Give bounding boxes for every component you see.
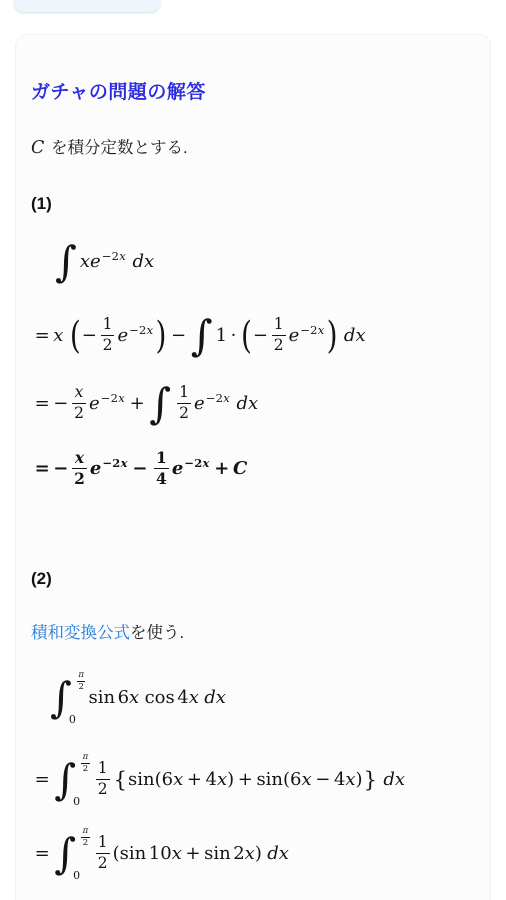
math-token: d <box>132 251 144 272</box>
math-token: 4 <box>156 469 167 488</box>
math-token: 2 <box>72 468 87 487</box>
math-token: − <box>132 458 147 479</box>
equation-answer-1: =−x2e−2x−14e−2x+C <box>31 450 475 488</box>
left-brace: { <box>114 768 127 792</box>
math-token: x <box>172 843 182 864</box>
math-token: π20 <box>72 671 86 725</box>
math-token: e <box>90 458 101 479</box>
math-token: e <box>90 458 101 479</box>
math-token: x <box>72 384 86 402</box>
math-token: sin <box>204 843 231 864</box>
math-token: 4 <box>154 468 169 487</box>
fraction: x2 <box>72 449 87 487</box>
math-var-C: C <box>31 138 44 158</box>
section-gap <box>31 488 475 533</box>
math-token: + <box>238 769 253 790</box>
fraction: 12 <box>272 316 286 354</box>
math-token: dx <box>204 687 226 708</box>
math-token: ∫ <box>149 382 171 426</box>
math-token: π20 <box>76 827 90 881</box>
math-token: − <box>184 456 194 470</box>
math-token: = <box>35 843 50 864</box>
math-token: 4 <box>334 769 345 790</box>
math-token: = <box>35 325 50 346</box>
math-token: sin( <box>128 769 162 790</box>
math-token: π <box>77 671 86 682</box>
math-token: = <box>35 458 50 479</box>
math-token: 2x <box>233 843 255 864</box>
math-token: e <box>89 393 100 414</box>
fraction: 14 <box>154 449 169 487</box>
math-token: d <box>344 325 356 346</box>
math-token: d <box>383 769 395 790</box>
math-token: 2 <box>177 403 191 422</box>
math-token: 1 <box>149 843 160 864</box>
math-token: = <box>35 393 50 414</box>
math-token: 2 <box>274 336 284 354</box>
math-token: x <box>203 456 210 470</box>
math-token: 2 <box>272 335 286 354</box>
math-token: x <box>345 769 355 790</box>
math-token: 1 <box>179 383 189 401</box>
math-token: d <box>267 843 279 864</box>
math-token: π <box>81 827 90 838</box>
math-token: 2 <box>233 843 244 864</box>
math-token: π2 <box>81 753 90 775</box>
math-token: cos <box>145 687 175 708</box>
fraction: 12 <box>101 316 115 354</box>
math-token: −2x <box>102 249 126 263</box>
math-token: x <box>118 391 125 405</box>
math-token: ) <box>356 769 363 790</box>
math-token: x <box>245 843 255 864</box>
math-token: − <box>206 391 216 405</box>
math-token: − <box>82 325 97 346</box>
math-token: e <box>289 325 300 346</box>
math-token: π2 <box>77 671 86 693</box>
math-token: 0 <box>73 869 80 882</box>
math-token: dx <box>236 393 258 414</box>
math-token: sin <box>88 687 115 708</box>
math-token: 2 <box>72 403 86 422</box>
sekiwa-formula-link[interactable]: 積和変換公式 <box>31 624 130 642</box>
math-token: − <box>300 323 310 337</box>
math-token: 6x <box>118 687 140 708</box>
math-token: x <box>216 687 226 708</box>
math-token: − <box>102 456 112 470</box>
math-token: 1 <box>154 449 169 467</box>
method-paragraph: 積和変換公式を使う. <box>31 619 475 643</box>
math-token: − <box>129 323 139 337</box>
math-token: x <box>121 456 128 470</box>
math-token: − <box>53 393 68 414</box>
math-token: 1 <box>216 325 227 346</box>
big-right-paren: ) <box>155 317 166 355</box>
header-pill-button[interactable] <box>14 0 160 12</box>
article-title-link[interactable]: ガチャの問題の解答 <box>31 77 475 104</box>
math-token: 1 <box>96 760 110 778</box>
math-token: x <box>173 769 183 790</box>
math-token: 4x <box>334 769 356 790</box>
math-token: 2 <box>81 764 90 774</box>
math-token: −2x <box>206 391 230 405</box>
fraction: 12 <box>96 834 110 872</box>
math-token: 6 <box>162 769 173 790</box>
math-token: x <box>75 448 84 467</box>
math-token: xe <box>80 251 101 272</box>
math-token: x <box>144 251 154 272</box>
math-token: sin( <box>256 769 290 790</box>
math-token: 2 <box>112 456 120 470</box>
equation-by-parts: =x(−12e−2x)−∫1·(−12e−2x)dx <box>31 314 475 358</box>
math-token: 1 <box>272 316 286 334</box>
math-token: 1 <box>103 315 113 333</box>
math-token: 2 <box>310 323 318 337</box>
math-token: x <box>355 325 365 346</box>
math-token: + <box>214 458 229 479</box>
math-token: 2 <box>96 779 110 798</box>
math-token: 4x <box>177 687 199 708</box>
math-token: 2 <box>101 335 115 354</box>
math-token: dx <box>344 325 366 346</box>
math-token: 2 <box>96 853 110 872</box>
math-token: ) <box>255 843 262 864</box>
fraction: 12 <box>96 760 110 798</box>
math-token: ∫ <box>191 314 213 358</box>
math-token: C <box>233 458 247 479</box>
math-token: x <box>395 769 405 790</box>
math-token: dx <box>132 251 154 272</box>
math-token: 1 <box>274 315 284 333</box>
integral-sign: ∫ <box>191 314 213 358</box>
math-token: 1 <box>96 834 110 852</box>
math-token: e <box>90 251 101 272</box>
math-token: 0 <box>73 795 80 808</box>
math-token: (sin <box>113 843 147 864</box>
math-token: 2 <box>103 336 113 354</box>
section-2-label: (2) <box>31 569 475 589</box>
math-token: d <box>204 687 216 708</box>
math-token: 2 <box>74 469 85 488</box>
math-token: 2 <box>83 838 88 848</box>
article-card: ガチャの問題の解答 C を積分定数とする. (1) ∫xe−2xdx =x(−1… <box>15 34 491 900</box>
equation-definite-integral: ∫π20sin6xcos4xdx <box>49 671 475 725</box>
math-token: ) <box>227 769 234 790</box>
integral-sign: ∫π20 <box>50 671 85 725</box>
math-token: e <box>117 325 128 346</box>
math-token: 0 <box>69 714 86 725</box>
math-token: d <box>236 393 248 414</box>
math-token: dx <box>267 843 289 864</box>
math-token: x <box>129 687 139 708</box>
fraction: x2 <box>72 384 86 422</box>
math-token: 1 <box>98 833 108 851</box>
math-token: e <box>194 393 205 414</box>
fraction: 12 <box>177 384 191 422</box>
math-token: 2 <box>179 404 189 422</box>
math-token: 1 <box>98 759 108 777</box>
math-token: + <box>185 843 200 864</box>
math-token: ∫ <box>55 240 77 284</box>
math-token: 2 <box>194 456 202 470</box>
equation-simplified: =−x2e−2x+∫12e−2xdx <box>31 382 475 426</box>
integral-sign: ∫π20 <box>54 827 89 881</box>
integral-sign: ∫ <box>149 382 171 426</box>
math-token: x <box>189 687 199 708</box>
math-token: − <box>171 325 186 346</box>
math-token: 2 <box>98 780 108 798</box>
math-token: x <box>318 323 325 337</box>
math-token: − <box>102 249 112 263</box>
math-token: dx <box>383 769 405 790</box>
math-token: 2 <box>74 404 84 422</box>
math-token: −2x <box>101 391 125 405</box>
big-left-paren: ( <box>70 317 81 355</box>
method-text: を使う. <box>130 624 184 642</box>
math-token: x <box>75 383 84 401</box>
math-token: 0 <box>160 843 171 864</box>
math-token: 6 <box>118 687 129 708</box>
math-token: π <box>81 753 90 764</box>
math-token: 6x <box>162 769 184 790</box>
math-token: − <box>101 391 111 405</box>
math-token: π20 <box>76 753 90 807</box>
big-left-paren: ( <box>241 317 252 355</box>
intro-text: を積分定数とする. <box>46 139 187 157</box>
math-token: e <box>172 458 183 479</box>
math-token: 4x <box>206 769 228 790</box>
equation-product-to-sum: =∫π2012{sin(6x+4x)+sin(6x−4x)}dx <box>31 753 475 807</box>
math-token: π <box>78 670 84 680</box>
integral-sign: ∫ <box>55 240 77 284</box>
math-token: e <box>172 458 183 479</box>
math-token: e <box>289 325 300 346</box>
math-token: x <box>53 325 63 346</box>
section-1-label: (1) <box>31 194 475 214</box>
math-token: x <box>279 843 289 864</box>
math-token: 6 <box>290 769 301 790</box>
math-token: 6x <box>290 769 312 790</box>
math-token: x <box>80 251 90 272</box>
math-token: C <box>233 458 247 479</box>
math-token: −2x <box>184 456 209 470</box>
math-token: − <box>315 769 330 790</box>
math-token: e <box>117 325 128 346</box>
math-token: x <box>302 769 312 790</box>
math-token: 10x <box>149 843 182 864</box>
math-token: π2 <box>81 753 90 775</box>
math-token: e <box>89 393 100 414</box>
math-token: 2 <box>139 323 147 337</box>
math-token: x <box>119 249 126 263</box>
math-token: π <box>83 826 89 836</box>
math-token: −2x <box>300 323 324 337</box>
math-token: = <box>35 769 50 790</box>
math-token: 0 <box>69 713 76 726</box>
math-token: + <box>130 393 145 414</box>
big-right-paren: ) <box>327 317 338 355</box>
math-token: 1 <box>101 316 115 334</box>
math-token: 4 <box>177 687 188 708</box>
math-token: + <box>187 769 202 790</box>
right-brace: } <box>364 768 377 792</box>
math-token: 2 <box>77 682 86 692</box>
intro-paragraph: C を積分定数とする. <box>31 134 475 158</box>
integral-sign: ∫π20 <box>54 753 89 807</box>
math-token: π <box>83 752 89 762</box>
math-token: x <box>147 323 154 337</box>
math-token: 4 <box>206 769 217 790</box>
math-token: x <box>53 325 63 346</box>
math-token: −2x <box>102 456 127 470</box>
math-token: · <box>231 325 237 346</box>
math-token: x <box>223 391 230 405</box>
math-token: 1 <box>156 448 167 467</box>
math-token: 2 <box>78 682 83 692</box>
math-token: − <box>253 325 268 346</box>
math-token: x <box>248 393 258 414</box>
math-token: 0 <box>73 796 90 807</box>
math-token: x <box>72 449 87 467</box>
math-token: π2 <box>77 671 86 693</box>
math-token: 1 <box>177 384 191 402</box>
math-token: π2 <box>81 827 90 849</box>
math-token: 2 <box>98 854 108 872</box>
math-token: − <box>53 458 68 479</box>
math-token: 2 <box>81 838 90 848</box>
math-token: x <box>217 769 227 790</box>
math-token: e <box>194 393 205 414</box>
math-token: −2x <box>129 323 153 337</box>
equation-simplified-2: =∫π2012(sin10x+sin2x)dx <box>31 827 475 881</box>
math-token: 0 <box>73 870 90 881</box>
math-token: 2 <box>83 764 88 774</box>
equation-integral-xe: ∫xe−2xdx <box>54 240 475 284</box>
math-token: π2 <box>81 827 90 849</box>
